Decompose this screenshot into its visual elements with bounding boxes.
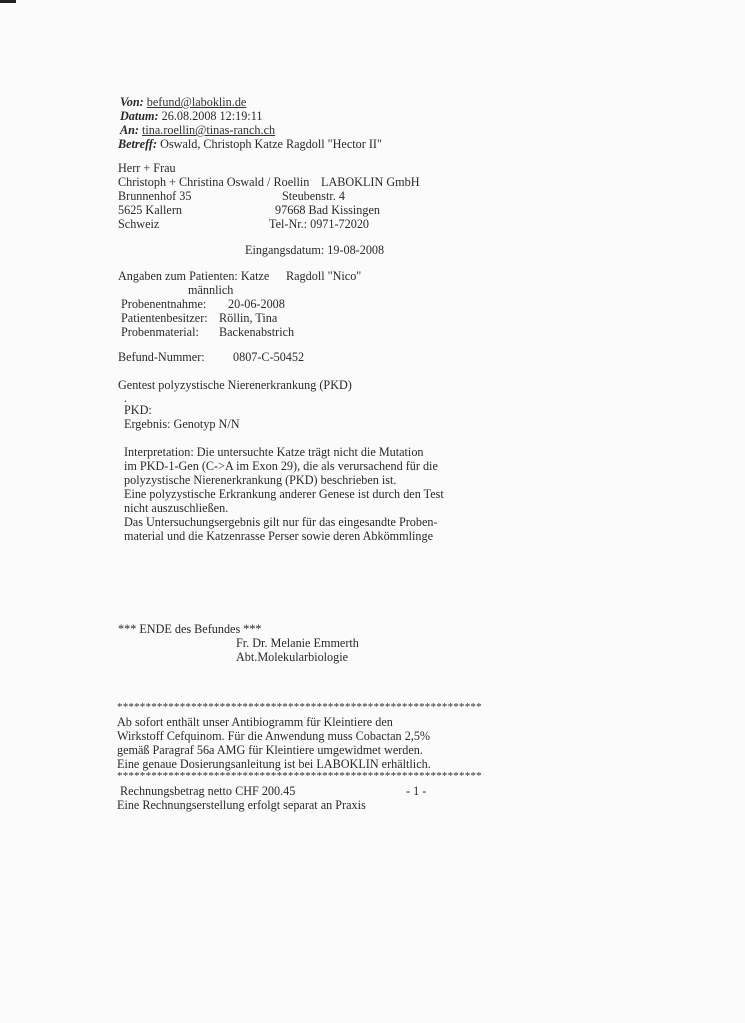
recipient-country: Schweiz [118, 217, 159, 232]
material-label: Probenmaterial: [121, 325, 199, 340]
patient-name: Ragdoll "Nico" [286, 269, 361, 284]
owner-label: Patientenbesitzer: [121, 311, 208, 326]
patient-sex: männlich [188, 283, 233, 298]
invoice-amount: Rechnungsbetrag netto CHF 200.45 [120, 784, 295, 799]
report-number-label: Befund-Nummer: [118, 350, 205, 365]
interpretation-line: polyzystische Nierenerkrankung (PKD) bes… [124, 473, 396, 488]
interpretation-line: nicht auszuschließen. [124, 501, 228, 516]
test-title: Gentest polyzystische Nierenerkrankung (… [118, 378, 352, 393]
sampling-date-label: Probenentnahme: [121, 297, 206, 312]
interpretation-line: Interpretation: Die untersuchte Katze tr… [124, 445, 424, 460]
page-number: - 1 - [406, 784, 426, 799]
interpretation-line: Das Untersuchungsergebnis gilt nur für d… [124, 515, 438, 530]
lab-name: LABOKLIN GmbH [321, 175, 420, 190]
lab-street: Steubenstr. 4 [282, 189, 345, 204]
lab-city: 97668 Bad Kissingen [275, 203, 380, 218]
recipient-city: 5625 Kallern [118, 203, 182, 218]
result-genotype: Ergebnis: Genotyp N/N [124, 417, 240, 432]
notice-line: Ab sofort enthält unser Antibiogramm für… [117, 715, 393, 730]
owner-value: Röllin, Tina [219, 311, 277, 326]
date-label: Datum: [120, 109, 159, 123]
subject-value: Oswald, Christoph Katze Ragdoll "Hector … [160, 137, 382, 151]
to-label: An: [120, 123, 139, 137]
from-line: Von: befund@laboklin.de [120, 95, 246, 110]
signer-department: Abt.Molekularbiologie [236, 650, 348, 665]
recipient-street: Brunnenhof 35 [118, 189, 191, 204]
end-marker: *** ENDE des Befundes *** [118, 622, 262, 637]
scan-corner-mark [0, 0, 16, 3]
notice-line: gemäß Paragraf 56a AMG für Kleintiere um… [117, 743, 423, 758]
received-date: Eingangsdatum: 19-08-2008 [245, 243, 384, 258]
material-value: Backenabstrich [219, 325, 294, 340]
to-line: An: tina.roellin@tinas-ranch.ch [120, 123, 275, 138]
notice-line: Wirkstoff Cefquinom. Für die Anwendung m… [117, 729, 430, 744]
signer-name: Fr. Dr. Melanie Emmerth [236, 636, 359, 651]
recipient-name: Christoph + Christina Oswald / Roellin [118, 175, 309, 190]
result-heading: PKD: [124, 403, 152, 418]
from-email-link[interactable]: befund@laboklin.de [147, 95, 247, 109]
sampling-date-value: 20-06-2008 [228, 297, 285, 312]
result-dot: . [124, 393, 127, 403]
from-label: Von: [120, 95, 144, 109]
subject-label: Betreff: [118, 137, 157, 151]
stars-divider-top: ****************************************… [117, 700, 482, 715]
patient-label: Angaben zum Patienten: Katze [118, 269, 269, 284]
lab-phone: Tel-Nr.: 0971-72020 [269, 217, 369, 232]
interpretation-line: material und die Katzenrasse Perser sowi… [124, 529, 433, 544]
recipient-salutation: Herr + Frau [118, 161, 176, 176]
billing-note: Eine Rechnungserstellung erfolgt separat… [117, 798, 366, 813]
date-value: 26.08.2008 12:19:11 [162, 109, 263, 123]
date-line: Datum: 26.08.2008 12:19:11 [120, 109, 262, 124]
interpretation-line: Eine polyzystische Erkrankung anderer Ge… [124, 487, 444, 502]
subject-line: Betreff: Oswald, Christoph Katze Ragdoll… [118, 137, 382, 152]
report-number-value: 0807-C-50452 [233, 350, 304, 365]
to-email-link[interactable]: tina.roellin@tinas-ranch.ch [142, 123, 275, 137]
interpretation-line: im PKD-1-Gen (C->A im Exon 29), die als … [124, 459, 438, 474]
stars-divider-bottom: ****************************************… [117, 769, 482, 784]
